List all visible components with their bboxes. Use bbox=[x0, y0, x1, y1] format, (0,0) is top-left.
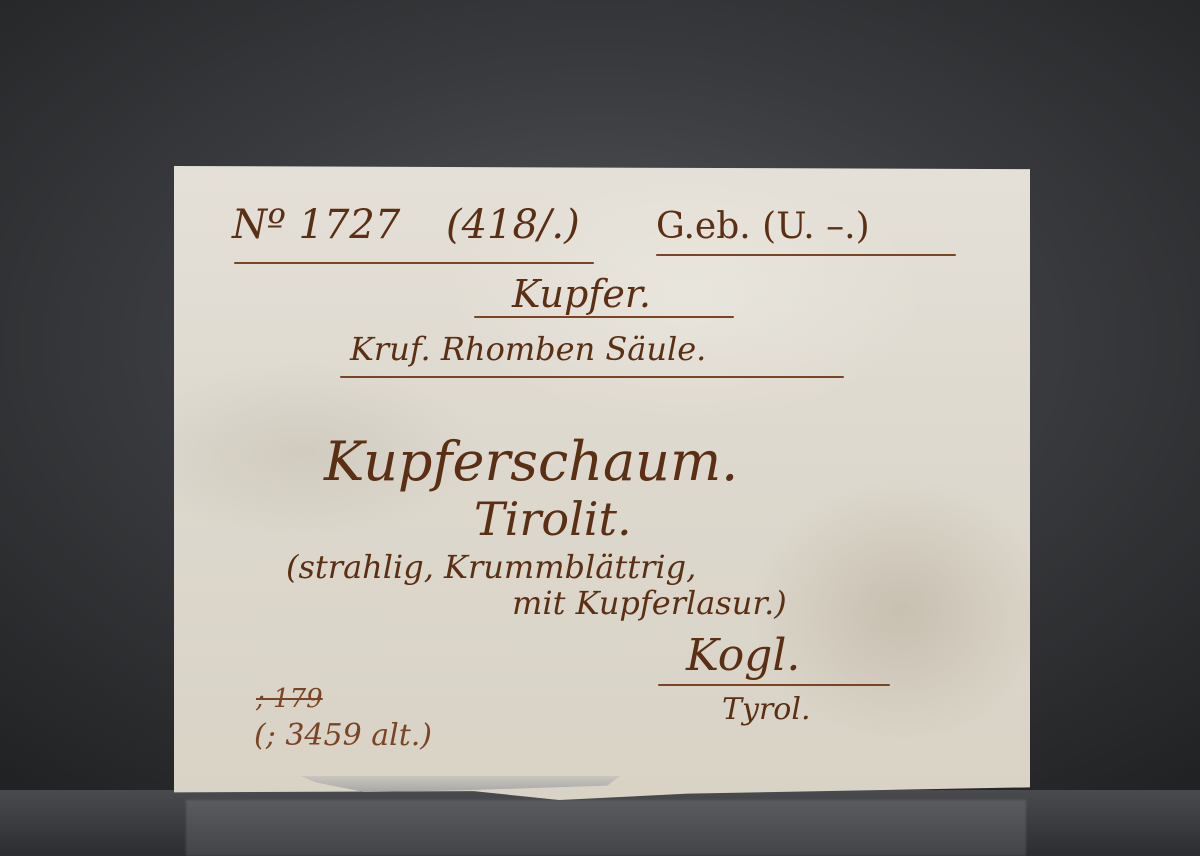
old-number-struck: ; 179 bbox=[256, 684, 323, 714]
abbreviation: G.eb. (U. –.) bbox=[656, 206, 870, 247]
mineral-synonym: Tirolit. bbox=[474, 492, 632, 546]
crystal-form: Kruf. Rhomben Säule. bbox=[350, 330, 706, 368]
underline bbox=[340, 376, 844, 378]
locality: Kogl. bbox=[686, 630, 800, 681]
region: Tyrol. bbox=[722, 692, 811, 727]
mineral-class: Kupfer. bbox=[512, 272, 651, 316]
underline bbox=[658, 684, 890, 686]
underline bbox=[656, 254, 956, 256]
mineral-name: Kupferschaum. bbox=[324, 430, 738, 493]
underline bbox=[474, 316, 734, 318]
description-line-1: (strahlig, Krummblättrig, bbox=[286, 548, 696, 586]
old-number: (; 3459 alt.) bbox=[254, 718, 432, 753]
label-reflection bbox=[186, 800, 1026, 856]
underline bbox=[234, 262, 594, 264]
catalog-fraction: (418/.) bbox=[446, 202, 580, 248]
catalog-number: Nº 1727 bbox=[232, 202, 400, 248]
description-line-2: mit Kupferlasur.) bbox=[512, 584, 787, 622]
specimen-label: Nº 1727 (418/.) G.eb. (U. –.) Kupfer. Kr… bbox=[174, 166, 1030, 800]
